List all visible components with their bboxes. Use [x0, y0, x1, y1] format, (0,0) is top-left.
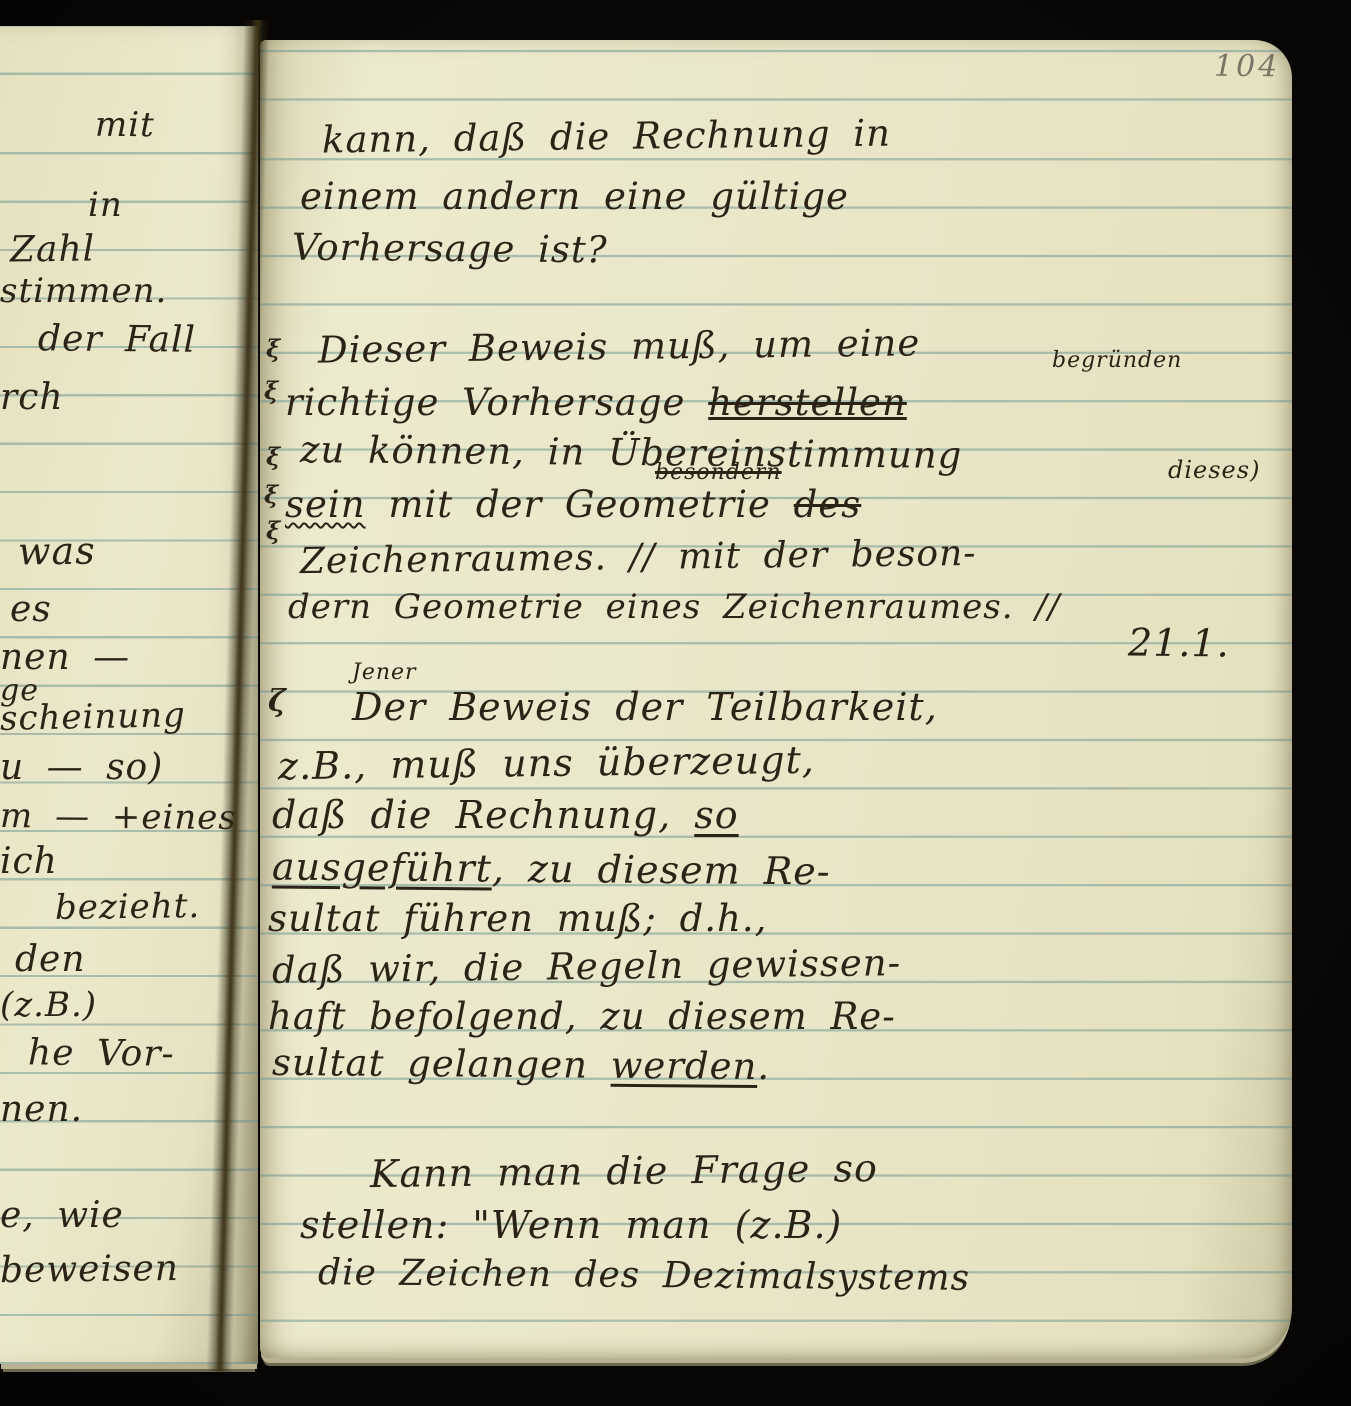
left-page-fragment: (z.B.) [0, 988, 97, 1022]
struck-word: des [794, 483, 862, 526]
left-page-fragment: scheinung [0, 698, 186, 736]
left-page-fragment: rch [0, 380, 64, 416]
line-text: daß die Rechnung, [272, 793, 694, 837]
underlined-word: werden [610, 1044, 757, 1088]
struck-inserted-word: besondern [655, 462, 782, 484]
left-page-fragment: beweisen [0, 1251, 179, 1289]
manuscript-line: zu können, in Übereinstimmung [300, 431, 963, 474]
manuscript-line: Zeichenraumes. // mit der beson- [300, 536, 977, 580]
left-page-fragment: was [18, 532, 96, 571]
revision-squiggle-icon: ξ [266, 442, 280, 471]
left-page-fragment: bezieht. [55, 889, 201, 925]
manuscript-line: sein mit der Geometrie des [285, 486, 861, 523]
inserted-word: begründen [1052, 350, 1182, 372]
left-page-fragment: m — +eines [0, 799, 237, 835]
page-number: 104 [1214, 52, 1281, 83]
left-page-fragment: in [88, 188, 123, 222]
left-page-fragment: Zahl [10, 231, 96, 268]
manuscript-line: Der Beweis der Teilbarkeit, [352, 688, 938, 726]
manuscript-line: einem andern eine gültige [300, 178, 849, 215]
revision-squiggle-icon: ξ [264, 480, 278, 509]
left-page-fragment: nen. [0, 1092, 83, 1128]
manuscript-line: Vorhersage ist? [292, 229, 608, 269]
manuscript-line: Kann man die Frage so [370, 1149, 878, 1193]
left-page-fragment: ich [0, 844, 58, 880]
revision-squiggle-icon: ξ [266, 334, 280, 363]
left-page-fragment: es [10, 592, 52, 628]
revision-squiggle-icon: ξ [266, 516, 280, 545]
left-page-fragment: nen — [0, 640, 130, 676]
notebook-scan: 104 mit in Zahl stimmen. der Fall rch wa… [0, 0, 1351, 1406]
left-page-fragment: e, wie [0, 1198, 124, 1234]
manuscript-line: ausgeführt, zu diesem Re- [272, 848, 831, 891]
left-page-fragment: mit [95, 108, 155, 143]
wavy-underlined-word: sein [285, 483, 366, 526]
left-page-fragment: den [15, 942, 86, 978]
insertion-brace-icon: ζ [268, 684, 286, 719]
date-heading: 21.1. [1128, 624, 1230, 663]
inserted-word: Jener [352, 662, 417, 684]
manuscript-line: sultat führen muß; d.h., [268, 900, 767, 937]
underlined-word: ausgeführt [272, 845, 492, 891]
line-text: . [757, 1045, 770, 1088]
line-text: mit der Geometrie [366, 483, 794, 526]
revision-squiggle-icon: ξ [264, 376, 278, 405]
manuscript-line: dern Geometrie eines Zeichenraumes. // [288, 590, 1060, 624]
manuscript-line: die Zeichen des Dezimalsystems [318, 1255, 970, 1297]
manuscript-line: haft befolgend, zu diesem Re- [268, 998, 896, 1035]
line-text: richtige Vorhersage [285, 381, 708, 424]
underlined-word: so [694, 793, 738, 837]
manuscript-line: z.B., muß uns überzeugt, [278, 741, 815, 786]
inserted-word: dieses) [1168, 458, 1260, 482]
struck-word: herstellen [708, 381, 907, 424]
manuscript-line: sultat gelangen werden. [272, 1044, 770, 1085]
left-page-fragment: der Fall [38, 321, 196, 358]
manuscript-line: stellen: "Wenn man (z.B.) [300, 1206, 842, 1244]
manuscript-line: richtige Vorhersage herstellen [285, 384, 907, 421]
left-page-fragment: stimmen. [0, 274, 167, 308]
manuscript-line: daß wir, die Regeln gewissen- [272, 944, 902, 989]
manuscript-line: Dieser Beweis muß, um eine [318, 324, 921, 368]
left-page-fragment: he Vor- [28, 1035, 175, 1072]
left-page-fragment: u — so) [0, 750, 163, 786]
line-text: sultat gelangen [272, 1041, 611, 1087]
line-text: , zu diesem Re- [492, 846, 831, 893]
manuscript-line: kann, daß die Rechnung in [322, 115, 891, 159]
manuscript-line: daß die Rechnung, so [272, 796, 739, 834]
